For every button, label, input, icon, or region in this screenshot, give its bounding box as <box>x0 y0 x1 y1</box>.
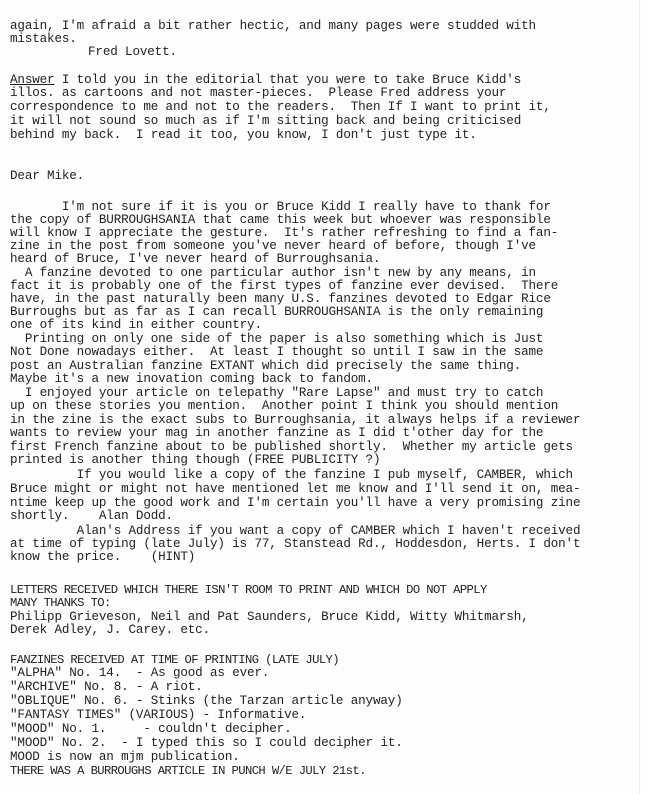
text-line: post an Australian fanzine EXTANT which … <box>10 359 521 373</box>
text-line: fact it is probably one of the first typ… <box>10 279 558 293</box>
text-line: first French fanzine about to be publish… <box>10 440 573 454</box>
fanzine-item: "FANTASY TIMES" (VARIOUS) - Informative. <box>10 708 306 722</box>
text-line: know the price. (HINT) <box>10 550 195 564</box>
fanzine-item: "ALPHA" No. 14. - As good as ever. <box>10 666 269 680</box>
text-line: printed is another thing though (FREE PU… <box>10 453 380 467</box>
text-line: Printing on only one side of the paper i… <box>10 332 543 346</box>
text-line: Philipp Grieveson, Neil and Pat Saunders… <box>10 610 529 624</box>
text-line: Bruce might or might not have mentioned … <box>10 482 580 496</box>
text-line: heard of Bruce, I've never heard of Burr… <box>10 252 380 266</box>
typewritten-page: again, I'm afraid a bit rather hectic, a… <box>0 0 648 794</box>
signature-alan-dodd: shortly. Alan Dodd. <box>10 509 173 523</box>
text-line: behind my back. I read it too, you know,… <box>10 128 477 142</box>
text-line: THERE WAS A BURROUGHS ARTICLE IN PUNCH W… <box>10 764 366 778</box>
fanzine-item: "MOOD" No. 2. - I typed this so I could … <box>10 736 403 750</box>
fanzine-item: "OBLIQUE" No. 6. - Stinks (the Tarzan ar… <box>10 694 403 708</box>
text-line: correspondence to me and not to the read… <box>10 100 551 114</box>
signature-fred-lovett: Fred Lovett. <box>88 45 177 59</box>
text-line: it will not sound so much as if I'm sitt… <box>10 114 521 128</box>
text-line: I enjoyed your article on telepathy "Rar… <box>10 386 543 400</box>
text-line: I'm not sure if it is you or Bruce Kidd … <box>10 200 551 214</box>
answer-label: Answer <box>10 73 54 87</box>
text-line: MOOD is now an mjm publication. <box>10 750 240 764</box>
text-line: mistakes. <box>10 32 77 46</box>
text-line: Maybe it's a new inovation coming back t… <box>10 372 373 386</box>
fanzine-item: "ARCHIVE" No. 8. - A riot. <box>10 680 203 694</box>
text-line: illos. as cartoons and not master-pieces… <box>10 86 506 100</box>
text-line: have, in the past naturally been many U.… <box>10 292 551 306</box>
text-line: I told you in the editorial that you wer… <box>54 73 521 87</box>
text-line: one of its kind in either country. <box>10 318 262 332</box>
text-line: again, I'm afraid a bit rather hectic, a… <box>10 19 536 33</box>
text-line: will know I appreciate the gesture. It's… <box>10 226 558 240</box>
text-line: zine in the post from someone you've nev… <box>10 239 536 253</box>
section-heading-fanzines: FANZINES RECEIVED AT TIME OF PRINTING (L… <box>10 653 339 667</box>
text-line: Not Done nowadays either. At least I tho… <box>10 345 543 359</box>
section-heading-letters: LETTERS RECEIVED WHICH THERE ISN'T ROOM … <box>10 583 487 597</box>
text-line: in the zine is the exact subs to Burroug… <box>10 413 580 427</box>
text-line: Burroughs but as far as I can recall BUR… <box>10 305 543 319</box>
text-line: ntime keep up the good work and I'm cert… <box>10 496 580 510</box>
section-heading-letters: MANY THANKS TO: <box>10 596 111 610</box>
answer-line: Answer I told you in the editorial that … <box>10 73 521 87</box>
text-line: Derek Adley, J. Carey. etc. <box>10 623 210 637</box>
text-line: Alan's Address if you want a copy of CAM… <box>10 524 580 538</box>
fanzine-item: "MOOD" No. 1. - couldn't decipher. <box>10 722 292 736</box>
text-line: up on these stories you mention. Another… <box>10 399 558 413</box>
text-line: at time of typing (late July) is 77, Sta… <box>10 537 580 551</box>
text-line: the copy of BURROUGHSANIA that came this… <box>10 213 551 227</box>
text-line: A fanzine devoted to one particular auth… <box>10 266 536 280</box>
text-line: If you would like a copy of the fanzine … <box>10 468 573 482</box>
salutation: Dear Mike. <box>10 169 84 183</box>
text-line: wants to review your mag in another fanz… <box>10 426 543 440</box>
